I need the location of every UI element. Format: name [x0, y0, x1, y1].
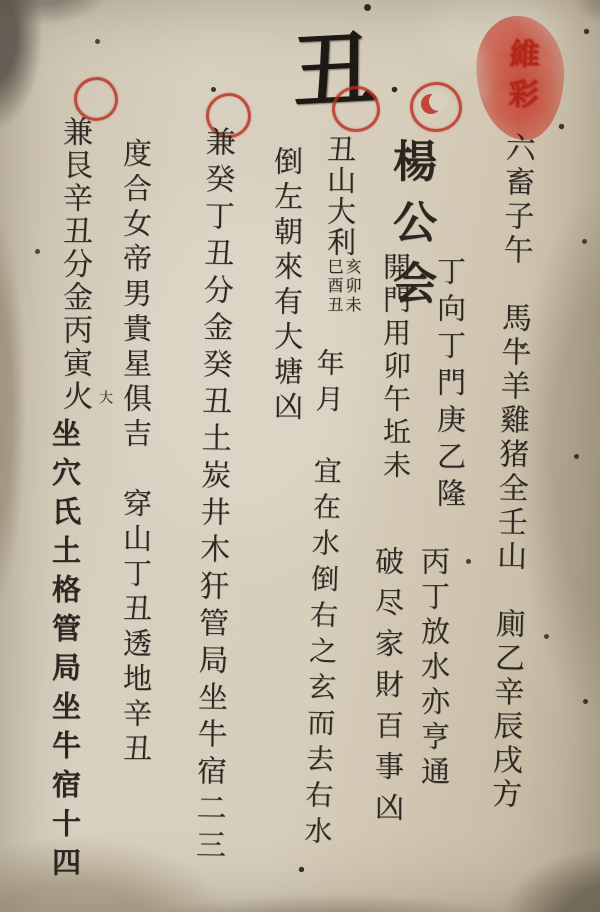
jiangen-small-note: 大 [97, 390, 111, 410]
column-yanggong-verse-4: 破尽家財百事凶 [372, 546, 401, 846]
section-marker-circle-crescent [410, 82, 462, 132]
seal-text: 維彩 [497, 37, 544, 118]
column-yanggong-verse-2: 丙丁放水亦亨通 [418, 546, 447, 806]
annotation-haimaowei: 亥卯未 [343, 258, 359, 353]
column-choushan-continuation: 倒左朝來有大塘凶 [271, 146, 300, 446]
column-choushan-body: 年月 宜在水倒右之玄而去右水 [301, 348, 342, 829]
ink-specks [0, 0, 3, 3]
column-choushan-lead: 丑山大利 [324, 134, 353, 264]
section-marker-circle [332, 86, 380, 132]
column-yanggong-verse-1: 丁向丁門庚乙隆 [434, 256, 463, 536]
column-jiangen-fenjin-bottom: 坐穴氏土格管局坐牛宿十四 [49, 418, 78, 888]
red-seal-stamp: 維彩 [474, 15, 566, 142]
column-livestock-directions: 六畜子午 馬牛羊雞猪全壬山 廁乙辛辰戌方 [487, 132, 532, 832]
column-jiangui-fenjin: 兼癸丁丑分金癸丑土炭井木犴管局坐牛宿二三 [192, 126, 232, 836]
manuscript-page: 丑 維彩 六畜子午 馬牛羊雞猪全壬山 廁乙辛辰戌方 楊公会 丁向丁門庚乙隆 丙丁… [0, 0, 600, 912]
column-jiangui-continuation: 度合女帝男貴星俱吉 穿山丁丑透地辛丑 [120, 138, 149, 798]
crescent-moon-icon [421, 94, 441, 114]
column-yanggong-verse-3: 開門用卯午坵未 [380, 252, 408, 502]
annotation-siyouchou: 巳酉丑 [325, 258, 341, 353]
section-marker-circle [74, 77, 118, 121]
choushan-small-annotation: 亥卯未 巳酉丑 [325, 258, 359, 353]
column-jiangen-fenjin-top: 兼艮辛丑分金丙寅火 [59, 116, 89, 426]
